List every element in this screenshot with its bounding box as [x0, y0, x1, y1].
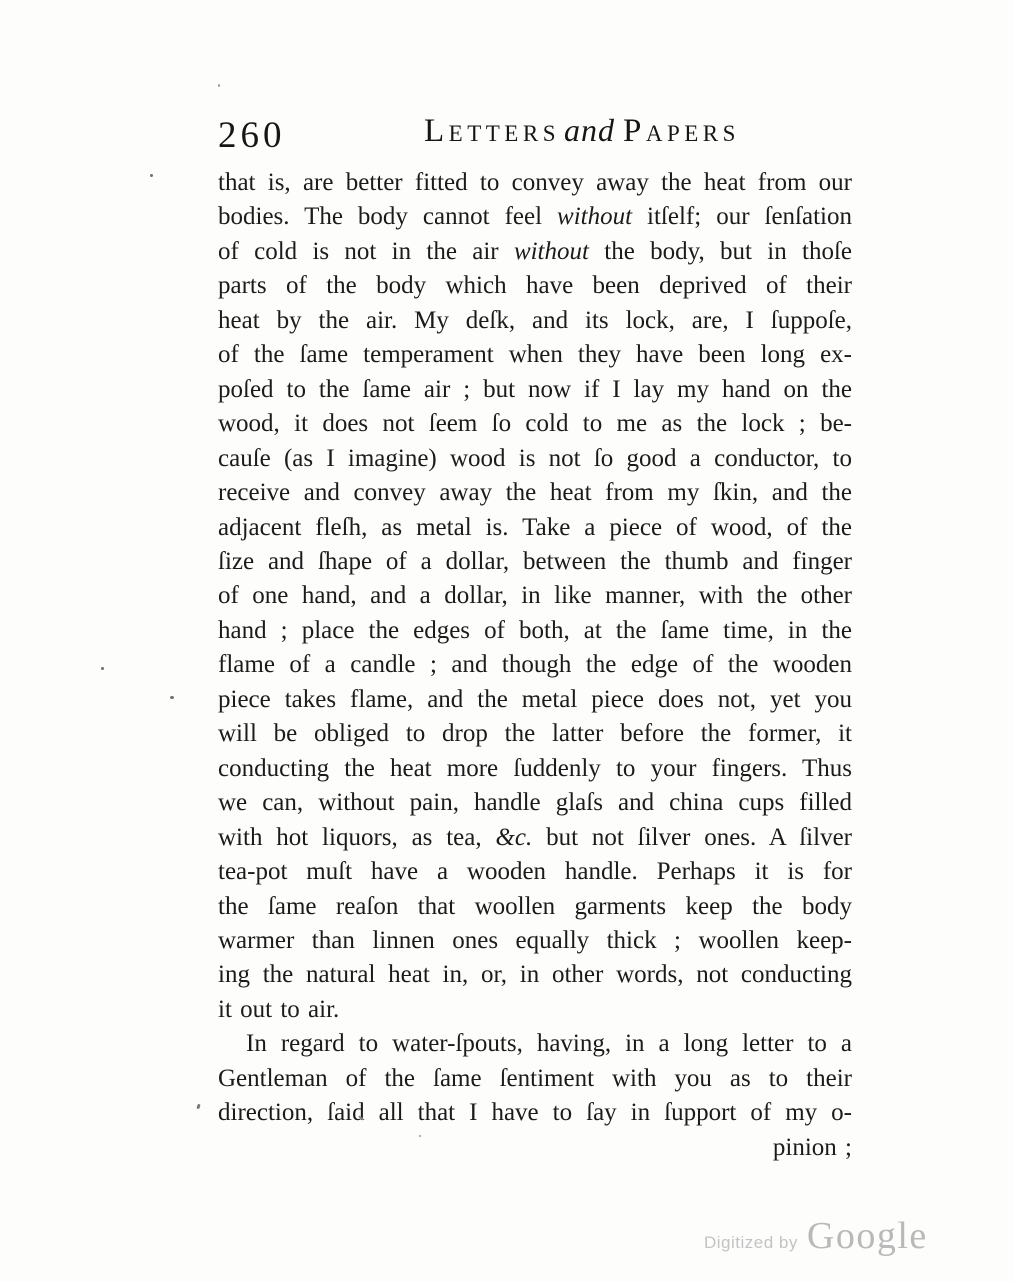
scan-speck — [419, 1135, 421, 1137]
page-number: 260 — [218, 114, 286, 157]
header-word-letters: Letters — [424, 113, 560, 149]
text-segment: poſed to the ſame air ; but now if I lay… — [218, 376, 852, 403]
text-line: adjacent fleſh, as metal is. Take a piec… — [218, 511, 852, 545]
text-line: we can, without pain, handle glaſs and c… — [218, 786, 852, 820]
header-word-and: and — [564, 112, 615, 148]
text-segment: will be obliged to drop the latter befor… — [218, 720, 852, 747]
digitized-by-label: Digitized by — [704, 1233, 798, 1253]
scan-speck — [218, 84, 220, 87]
text-line: wood, it does not ſeem ſo cold to me as … — [218, 407, 852, 441]
text-line: warmer than linnen ones equally thick ; … — [218, 924, 852, 958]
text-segment: bodies. The body cannot feel — [218, 203, 557, 230]
text-segment: parts of the body which have been depriv… — [218, 272, 852, 299]
text-line: of the ſame temperament when they have b… — [218, 338, 852, 372]
text-line: of one hand, and a dollar, in like manne… — [218, 579, 852, 613]
text-line: of cold is not in the air without the bo… — [218, 235, 852, 269]
text-segment: with hot liquors, as tea, — [218, 824, 495, 851]
text-segment: that is, are better fitted to convey awa… — [218, 169, 852, 196]
text-segment: of one hand, and a dollar, in like manne… — [218, 582, 852, 609]
book-page: 260 LettersandPapers that is, are better… — [0, 0, 1014, 1282]
italic-text: without — [514, 238, 589, 265]
text-segment: but not ſilver ones. A ſilver — [532, 824, 852, 851]
scan-speck — [170, 696, 174, 699]
text-segment: the ſame reaſon that woollen garments ke… — [218, 893, 852, 920]
text-segment: we can, without pain, handle glaſs and c… — [218, 789, 852, 816]
google-logo: Google — [807, 1214, 928, 1258]
text-segment: Gentleman of the ſame ſentiment with you… — [218, 1065, 852, 1092]
text-line: it out to air. — [218, 993, 852, 1027]
text-segment: cauſe (as I imagine) wood is not ſo good… — [218, 445, 852, 472]
text-segment: the body, but in thoſe — [589, 238, 852, 265]
text-segment: pinion ; — [773, 1134, 852, 1161]
text-segment: it out to air. — [218, 996, 339, 1023]
text-line: ing the natural heat in, or, in other wo… — [218, 958, 852, 992]
text-line: conducting the heat more ſuddenly to you… — [218, 752, 852, 786]
text-segment: warmer than linnen ones equally thick ; … — [218, 927, 852, 954]
text-line: receive and convey away the heat from my… — [218, 476, 852, 510]
text-line: parts of the body which have been depriv… — [218, 269, 852, 303]
text-line: ſize and ſhape of a dollar, between the … — [218, 545, 852, 579]
text-segment: of cold is not in the air — [218, 238, 514, 265]
scan-speck — [196, 1104, 200, 1110]
text-line: cauſe (as I imagine) wood is not ſo good… — [218, 442, 852, 476]
italic-text: &c. — [495, 824, 532, 851]
text-segment: In regard to water-ſpouts, having, in a … — [246, 1030, 852, 1057]
text-segment: wood, it does not ſeem ſo cold to me as … — [218, 410, 852, 437]
text-segment: ing the natural heat in, or, in other wo… — [218, 961, 852, 988]
text-line: piece takes flame, and the metal piece d… — [218, 683, 852, 717]
text-segment: adjacent fleſh, as metal is. Take a piec… — [218, 514, 852, 541]
text-line: that is, are better fitted to convey awa… — [218, 166, 852, 200]
text-line: heat by the air. My deſk, and its lock, … — [218, 304, 852, 338]
text-line: flame of a candle ; and though the edge … — [218, 648, 852, 682]
text-line: with hot liquors, as tea, &c. but not ſi… — [218, 821, 852, 855]
text-line: bodies. The body cannot feel without itſ… — [218, 200, 852, 234]
text-line: the ſame reaſon that woollen garments ke… — [218, 890, 852, 924]
body-text: that is, are better fitted to convey awa… — [218, 166, 852, 1165]
text-segment: piece takes flame, and the metal piece d… — [218, 686, 852, 713]
text-segment: of the ſame temperament when they have b… — [218, 341, 852, 368]
header-word-papers: Papers — [623, 113, 740, 149]
text-segment: conducting the heat more ſuddenly to you… — [218, 755, 852, 782]
scan-speck — [101, 667, 104, 670]
running-header: LettersandPapers — [424, 112, 740, 150]
text-segment: itſelf; our ſenſation — [632, 203, 852, 230]
text-segment: tea-pot muſt have a wooden handle. Perha… — [218, 858, 852, 885]
scan-speck — [150, 174, 153, 177]
digitization-watermark: Digitized by Google — [704, 1214, 928, 1258]
text-line: Gentleman of the ſame ſentiment with you… — [218, 1062, 852, 1096]
text-segment: receive and convey away the heat from my… — [218, 479, 852, 506]
text-segment: flame of a candle ; and though the edge … — [218, 651, 852, 678]
text-segment: direction, ſaid all that I have to ſay i… — [218, 1099, 852, 1126]
text-segment: heat by the air. My deſk, and its lock, … — [218, 307, 852, 334]
text-line: In regard to water-ſpouts, having, in a … — [218, 1027, 852, 1061]
text-line: direction, ſaid all that I have to ſay i… — [218, 1096, 852, 1130]
text-line: will be obliged to drop the latter befor… — [218, 717, 852, 751]
text-line: tea-pot muſt have a wooden handle. Perha… — [218, 855, 852, 889]
text-segment: ſize and ſhape of a dollar, between the … — [218, 548, 852, 575]
italic-text: without — [557, 203, 632, 230]
catchword: pinion ; — [218, 1131, 852, 1165]
text-segment: hand ; place the edges of both, at the ſ… — [218, 617, 852, 644]
text-line: poſed to the ſame air ; but now if I lay… — [218, 373, 852, 407]
text-line: hand ; place the edges of both, at the ſ… — [218, 614, 852, 648]
